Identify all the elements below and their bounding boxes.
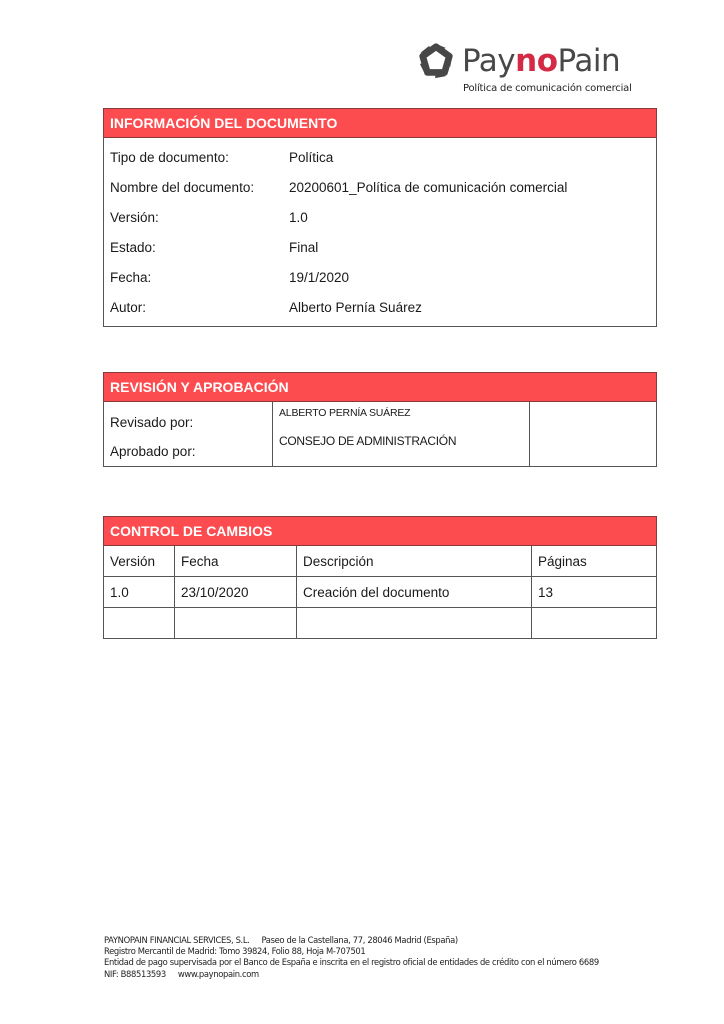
signature-cell <box>530 402 657 467</box>
footer-company: PAYNOPAIN FINANCIAL SERVICES, S.L. <box>104 935 249 945</box>
document-info-title: INFORMACIÓN DEL DOCUMENTO <box>104 109 657 138</box>
cell-version <box>104 608 175 639</box>
info-value: 1.0 <box>283 202 657 232</box>
document-subtitle: Política de comunicación comercial <box>463 83 632 94</box>
info-label: Versión: <box>104 202 284 232</box>
cell-date: 23/10/2020 <box>175 577 297 608</box>
review-labels-cell: Revisado por: Aprobado por: <box>104 402 273 467</box>
info-row-author: Autor:Alberto Pernía Suárez <box>104 292 657 322</box>
column-header-version: Versión <box>104 546 175 577</box>
column-header-date: Fecha <box>175 546 297 577</box>
brand-no: no <box>515 43 557 79</box>
brand-wordmark: PaynoPain <box>462 42 620 80</box>
info-label: Estado: <box>104 232 284 262</box>
document-info-table: INFORMACIÓN DEL DOCUMENTO Tipo de docume… <box>103 108 657 327</box>
info-label: Autor: <box>104 292 284 322</box>
table-row: 1.0 23/10/2020 Creación del documento 13 <box>104 577 657 608</box>
column-header-pages: Páginas <box>532 546 657 577</box>
footer-supervision: Entidad de pago supervisada por el Banco… <box>104 957 599 968</box>
cell-pages: 13 <box>532 577 657 608</box>
paynopain-pinwheel-icon <box>417 42 455 80</box>
info-value: Alberto Pernía Suárez <box>283 292 657 322</box>
brand-pay: Pay <box>462 43 515 79</box>
review-approval-table: REVISIÓN Y APROBACIÓN Revisado por: Apro… <box>103 372 657 467</box>
reviewed-by-label: Revisado por: <box>110 408 266 437</box>
reviewed-by-value: Alberto Pernía Suárez <box>279 404 523 424</box>
cell-description: Creación del documento <box>297 577 532 608</box>
paynopain-logo: PaynoPain <box>417 40 620 82</box>
change-control-title: CONTROL DE CAMBIOS <box>104 517 657 546</box>
approved-by-label: Aprobado por: <box>110 437 266 466</box>
column-header-description: Descripción <box>297 546 532 577</box>
column-header-row: Versión Fecha Descripción Páginas <box>104 546 657 577</box>
change-control-table: CONTROL DE CAMBIOS Versión Fecha Descrip… <box>103 516 657 639</box>
info-label: Nombre del documento: <box>104 172 284 202</box>
footer-registry: Registro Mercantil de Madrid: Tomo 39824… <box>104 946 599 957</box>
info-label: Tipo de documento: <box>104 142 284 172</box>
brand-pain: Pain <box>558 43 621 79</box>
info-value: 20200601_Política de comunicación comerc… <box>283 172 657 202</box>
review-approval-title: REVISIÓN Y APROBACIÓN <box>104 373 657 402</box>
table-row <box>104 608 657 639</box>
info-row-version: Versión:1.0 <box>104 202 657 232</box>
footer-website-link[interactable]: www.paynopain.com <box>178 969 259 979</box>
info-label: Fecha: <box>104 262 284 292</box>
page-footer: PAYNOPAIN FINANCIAL SERVICES, S.L.Paseo … <box>104 935 599 980</box>
cell-date <box>175 608 297 639</box>
cell-version: 1.0 <box>104 577 175 608</box>
review-names-cell: Alberto Pernía Suárez CONSEJO DE ADMINIS… <box>273 402 530 467</box>
info-row-type: Tipo de documento:Política <box>104 142 657 172</box>
cell-description <box>297 608 532 639</box>
approved-by-value: CONSEJO DE ADMINISTRACIÓN <box>279 424 523 458</box>
info-value: 19/1/2020 <box>283 262 657 292</box>
info-row-date: Fecha:19/1/2020 <box>104 262 657 292</box>
info-value: Final <box>283 232 657 262</box>
info-row-status: Estado:Final <box>104 232 657 262</box>
info-value: Política <box>283 142 657 172</box>
footer-address: Paseo de la Castellana, 77, 28046 Madrid… <box>261 935 457 945</box>
info-row-name: Nombre del documento:20200601_Política d… <box>104 172 657 202</box>
cell-pages <box>532 608 657 639</box>
footer-nif: NIF: B88513593 <box>104 969 166 979</box>
